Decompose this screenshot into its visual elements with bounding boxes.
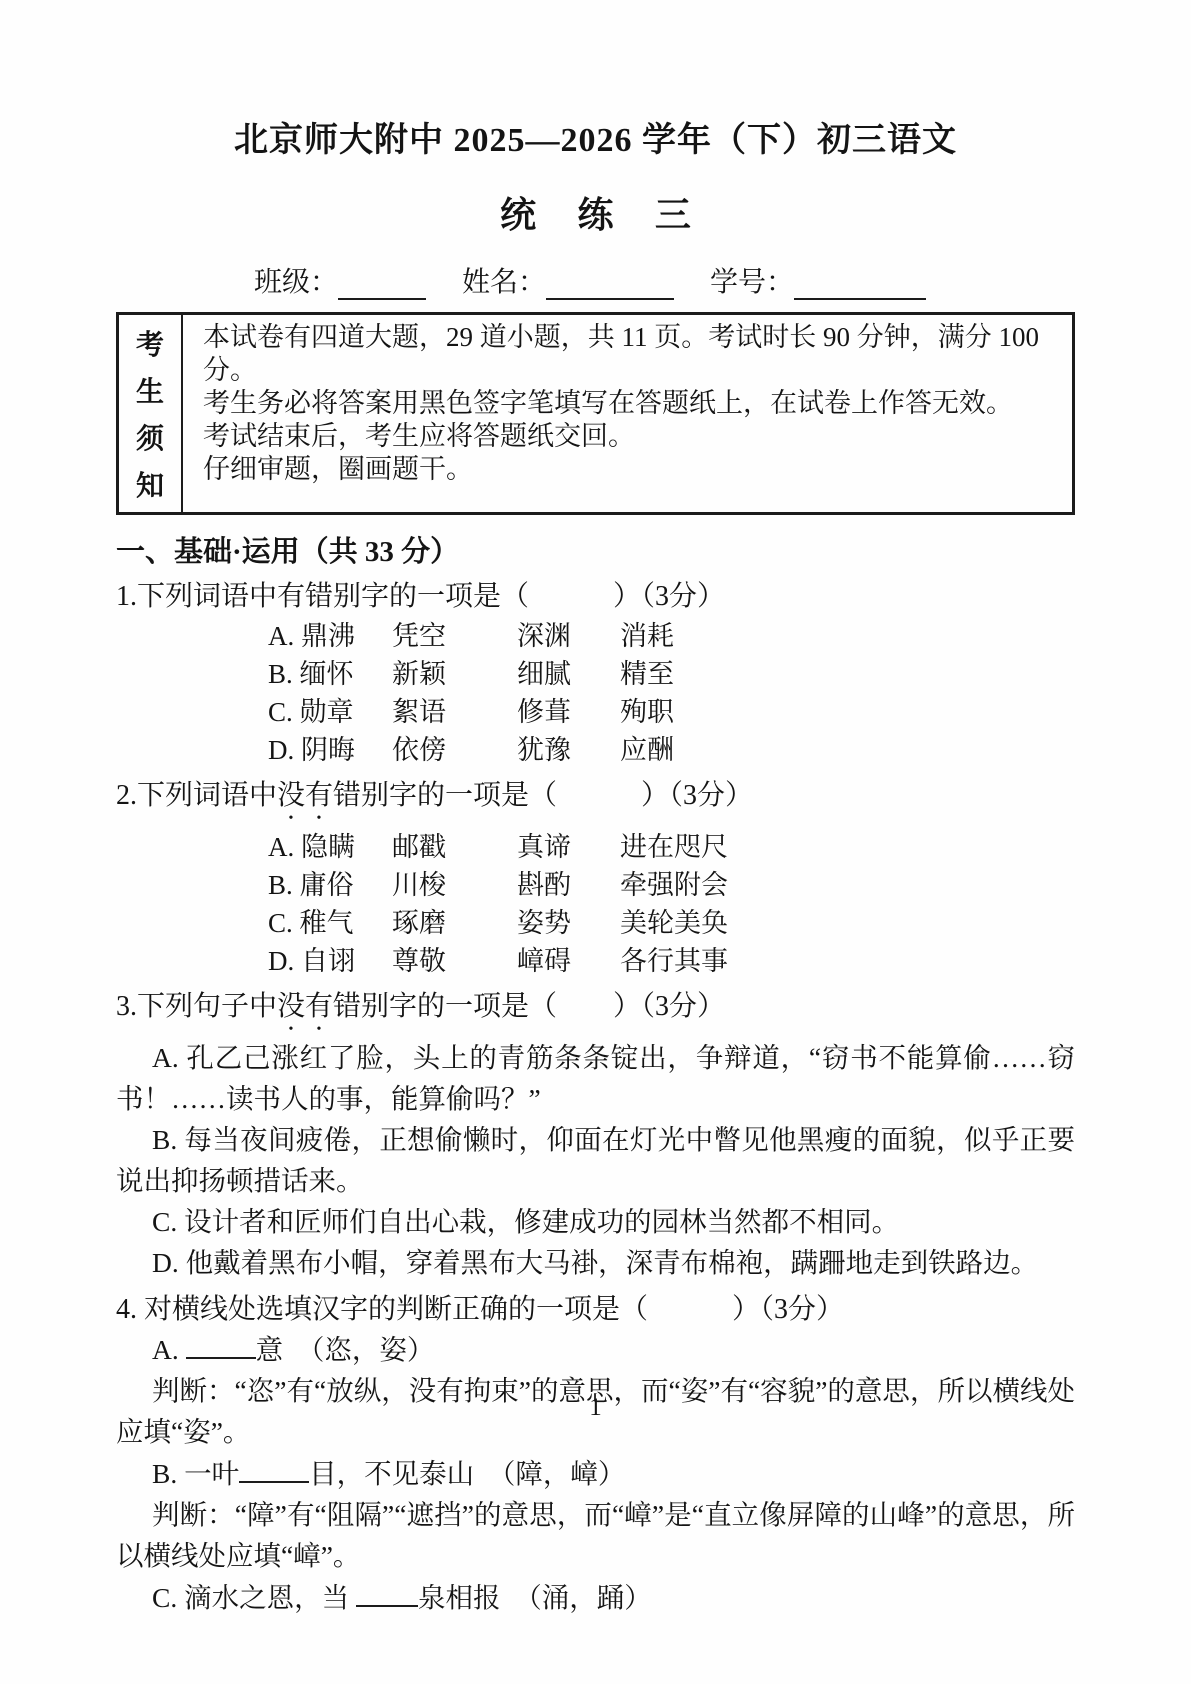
- option-cell: 犹豫: [517, 731, 620, 769]
- option-cell: C. 稚气: [268, 904, 392, 942]
- question-3-option-d: D. 他戴着黑布小帽，穿着黑布大马褂，深青布棉袍，蹒跚地走到铁路边。: [116, 1242, 1075, 1283]
- option-cell: 琢磨: [392, 904, 517, 942]
- option-cell: D. 阴晦: [268, 731, 392, 769]
- option-text: 泉相报 （涌，踊）: [418, 1582, 652, 1613]
- option-word: 稚气: [300, 908, 354, 938]
- option-text: 意 （恣，姿）: [256, 1334, 435, 1365]
- option-text: 目，不见泰山 （障，嶂）: [309, 1458, 625, 1489]
- option-cell: 精至: [620, 655, 1075, 693]
- candidate-notice-box: 考 生 须 知 本试卷有四道大题，29 道小题，共 11 页。考试时长 90 分…: [116, 312, 1075, 515]
- notice-line: 仔细审题，圈画题干。: [203, 453, 1066, 486]
- option-cell: B. 庸俗: [268, 866, 392, 904]
- option-cell: 细腻: [517, 655, 620, 693]
- answer-blank: [186, 1328, 256, 1359]
- name-blank: [546, 269, 674, 300]
- question-1-stem: 1.下列词语中有错别字的一项是（ ）（3分）: [116, 579, 1075, 615]
- option-label: B.: [152, 1458, 177, 1489]
- option-cell: 嶂碍: [517, 942, 620, 980]
- stem-text: 2.下列词语中: [116, 780, 277, 811]
- class-label: 班级：: [254, 260, 338, 300]
- option-cell: D. 自诩: [268, 942, 392, 980]
- section-1-heading: 一、基础·运用（共 33 分）: [116, 529, 1075, 570]
- option-label: A.: [268, 621, 294, 651]
- option-cell: A. 隐瞒: [268, 828, 392, 866]
- notice-side-char: 考: [136, 323, 164, 363]
- option-cell: 新颖: [392, 655, 517, 693]
- option-label: B.: [268, 659, 293, 689]
- question-4-judgement-b: 判断：“障”有“阻隔”“遮挡”的意思，而“嶂”是“直立像屏障的山峰”的意思，所以…: [116, 1494, 1075, 1576]
- name-label: 姓名：: [462, 260, 546, 300]
- stem-text: 错别字的一项是（ ）（3分）: [333, 991, 725, 1022]
- option-word: 庸俗: [300, 870, 354, 900]
- question-4-stem: 4. 对横线处选填汉字的判断正确的一项是（ ）（3分）: [116, 1292, 1075, 1328]
- name-field: 姓名：: [462, 260, 674, 300]
- option-label: D.: [268, 946, 294, 976]
- student-id-label: 学号：: [710, 260, 794, 300]
- question-4-option-a: A. 意 （恣，姿）: [116, 1328, 1075, 1370]
- question-3-stem: 3.下列句子中没有错别字的一项是（ ）（3分）: [116, 989, 1075, 1037]
- question-3-option-a: A. 孔乙己涨红了脸，头上的青筋条条锭出，争辩道，“窃书不能算偷……窃书！……读…: [116, 1037, 1075, 1119]
- option-word: 阴晦: [301, 735, 355, 765]
- option-cell: 依傍: [392, 731, 517, 769]
- option-cell: C. 勋章: [268, 693, 392, 731]
- notice-line: 本试卷有四道大题，29 道小题，共 11 页。考试时长 90 分钟，满分 100…: [203, 321, 1066, 387]
- question-4-option-b: B. 一叶目，不见泰山 （障，嶂）: [116, 1452, 1075, 1494]
- option-cell: 应酬: [620, 731, 1075, 769]
- question-4-option-c: C. 滴水之恩，当 泉相报 （涌，踊）: [116, 1576, 1075, 1618]
- page-number: 1: [0, 1394, 1191, 1422]
- question-2-options: A. 隐瞒 邮戳 真谛 进在咫尺 B. 庸俗 川梭 斟酌 牵强附会 C. 稚气 …: [268, 828, 1075, 980]
- option-cell: 各行其事: [620, 942, 1075, 980]
- notice-side-char: 知: [136, 464, 164, 504]
- student-id-blank: [794, 269, 926, 300]
- answer-blank: [239, 1452, 309, 1483]
- class-field: 班级：: [254, 260, 426, 300]
- option-cell: B. 缅怀: [268, 655, 392, 693]
- student-info-row: 班级： 姓名： 学号：: [254, 260, 1075, 300]
- question-2-stem: 2.下列词语中没有错别字的一项是（ ）（3分）: [116, 778, 1075, 826]
- option-cell: 邮戳: [392, 828, 517, 866]
- option-word: 勋章: [300, 697, 354, 727]
- notice-side-label: 考 生 须 知: [119, 315, 183, 512]
- option-word: 鼎沸: [301, 621, 355, 651]
- option-label: D.: [268, 735, 294, 765]
- option-label: A.: [152, 1334, 179, 1365]
- option-cell: A. 鼎沸: [268, 617, 392, 655]
- option-cell: 殉职: [620, 693, 1075, 731]
- page-subtitle: 统 练 三: [116, 187, 1075, 238]
- option-cell: 姿势: [517, 904, 620, 942]
- option-label: C.: [152, 1582, 177, 1613]
- option-cell: 美轮美奂: [620, 904, 1075, 942]
- option-cell: 川梭: [392, 866, 517, 904]
- question-3-option-c: C. 设计者和匠师们自出心栽，修建成功的园林当然都不相同。: [116, 1201, 1075, 1242]
- question-3-option-b: B. 每当夜间疲倦，正想偷懒时，仰面在灯光中瞥见他黑瘦的面貌，似乎正要说出抑扬顿…: [116, 1119, 1075, 1201]
- notice-line: 考生务必将答案用黑色签字笔填写在答题纸上，在试卷上作答无效。: [203, 387, 1066, 420]
- stem-emphasis: 没有: [277, 780, 333, 811]
- option-word: 隐瞒: [301, 832, 355, 862]
- option-cell: 凭空: [392, 617, 517, 655]
- option-cell: 消耗: [620, 617, 1075, 655]
- option-cell: 进在咫尺: [620, 828, 1075, 866]
- option-label: C.: [268, 908, 293, 938]
- option-cell: 牵强附会: [620, 866, 1075, 904]
- notice-side-char: 须: [136, 417, 164, 457]
- option-text: 一叶: [184, 1458, 239, 1489]
- page-title: 北京师大附中 2025—2026 学年（下）初三语文: [116, 0, 1075, 161]
- option-text: 滴水之恩，当: [184, 1582, 356, 1613]
- notice-line: 考试结束后，考生应将答题纸交回。: [203, 420, 1066, 453]
- stem-emphasis: 没有: [277, 991, 333, 1022]
- option-word: 缅怀: [300, 659, 354, 689]
- student-id-field: 学号：: [710, 260, 926, 300]
- option-cell: 尊敬: [392, 942, 517, 980]
- option-label: A.: [268, 832, 294, 862]
- notice-side-char: 生: [136, 370, 164, 410]
- option-cell: 絮语: [392, 693, 517, 731]
- answer-blank: [356, 1576, 418, 1607]
- option-cell: 深渊: [517, 617, 620, 655]
- option-label: B.: [268, 870, 293, 900]
- stem-text: 错别字的一项是（ ）（3分）: [333, 780, 753, 811]
- option-cell: 修葺: [517, 693, 620, 731]
- exam-page: 北京师大附中 2025—2026 学年（下）初三语文 统 练 三 班级： 姓名：…: [0, 0, 1191, 1684]
- notice-body: 本试卷有四道大题，29 道小题，共 11 页。考试时长 90 分钟，满分 100…: [183, 315, 1072, 512]
- question-1-options: A. 鼎沸 凭空 深渊 消耗 B. 缅怀 新颖 细腻 精至 C. 勋章 絮语 修…: [268, 617, 1075, 769]
- option-cell: 真谛: [517, 828, 620, 866]
- option-word: 自诩: [301, 946, 355, 976]
- option-label: C.: [268, 697, 293, 727]
- option-cell: 斟酌: [517, 866, 620, 904]
- stem-text: 3.下列句子中: [116, 991, 277, 1022]
- class-blank: [338, 269, 426, 300]
